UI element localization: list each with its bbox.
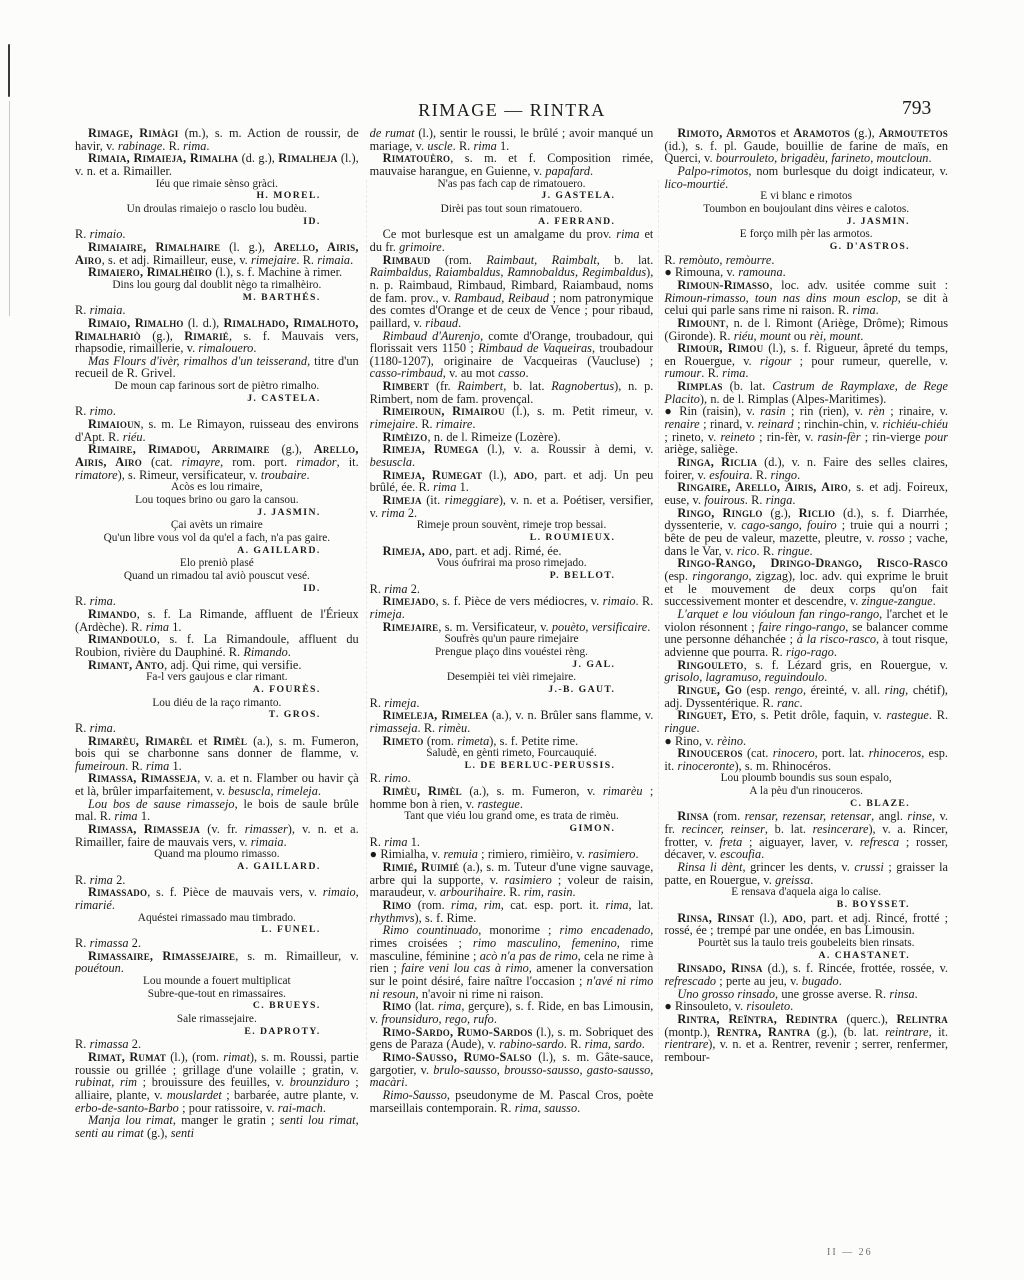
verse-line: Tant que viéu lou grand ome, es trata de…: [370, 810, 654, 823]
verse-line: Pourtèt sus la taulo treis goubeleits bi…: [664, 937, 948, 950]
verse-line: Acòs es lou rimaire,: [75, 481, 359, 494]
entry-paragraph: Rinsado, Rinsa (d.), s. f. Rincée, frott…: [664, 962, 948, 987]
verse-line: Desempièi tei vièi rimejaire.: [370, 671, 654, 684]
entry-paragraph: Rimbaud d'Aurenjo, comte d'Orange, troub…: [370, 330, 654, 381]
paragraph: de rumat (l.), sentir le roussi, le brûl…: [370, 127, 654, 152]
entry-paragraph: Rimassado, s. f. Pièce de mauvais vers, …: [75, 886, 359, 911]
entry-paragraph: Rimant, Anto, adj. Qui rime, qui versifi…: [75, 659, 359, 672]
page-number: 793: [902, 98, 931, 120]
entry-paragraph: Rimaia, Rimaieja, Rimalha (d. g.), Rimal…: [75, 152, 359, 177]
entry-paragraph: Rimo (lat. rima, gerçure), s. f. Ride, e…: [370, 1000, 654, 1025]
entry-paragraph: Rimat, Rumat (l.), (rom. rimat), s. m. R…: [75, 1051, 359, 1114]
entry-paragraph: Rinsa (rom. rensar, rezensar, retensar, …: [664, 810, 948, 861]
entry-paragraph: Rimeja, Rumegat (l.), ado, part. et adj.…: [370, 469, 654, 494]
verse-line: E rensava d'aquela aiga lo calise.: [664, 886, 948, 899]
entry-paragraph: Rimèu, Rimèl (a.), s. m. Fumeron, v. rim…: [370, 785, 654, 810]
entry-paragraph: Rimaio, Rimalho (l. d.), Rimalhado, Rima…: [75, 317, 359, 355]
entry-paragraph: Ringo, Ringlo (g.), Riclio (d.), s. f. D…: [664, 507, 948, 558]
verse-line: Quand ma ploumo rimasso.: [75, 848, 359, 861]
text-column-1: Rimage, Rimàgi (m.), s. m. Action de rou…: [75, 127, 359, 1267]
entry-paragraph: Ringuet, Eto, s. Petit drôle, faquin, v.…: [664, 709, 948, 734]
entry-paragraph: Rinsa li dènt, grincer les dents, v. cru…: [664, 861, 948, 886]
entry-paragraph: Ringaire, Arello, Airis, Airo, s. et adj…: [664, 481, 948, 506]
citation-author: GIMON.: [370, 823, 654, 836]
verse-line: E forço milh pèr las armotos.: [664, 228, 948, 241]
entry-paragraph: Rimoto, Armotos et Aramotos (g.), Armout…: [664, 127, 948, 165]
citation-author: J. CASTELA.: [75, 393, 359, 406]
verse-line: Elo preniò plasé: [75, 557, 359, 570]
verse-line: Dins lou gourg dal doublit nègo ta rimal…: [75, 279, 359, 292]
entry-paragraph: Rimié, Ruimié (a.), s. m. Tuteur d'une v…: [370, 861, 654, 899]
verse-line: Soufrès qu'un paure rimejaire: [370, 633, 654, 646]
citation-author: J. GAL.: [370, 659, 654, 672]
page-header-title: RIMAGE — RINTRA: [0, 100, 1024, 121]
verse-line: Quand un rimadou tal aviò pouscut vesé.: [75, 570, 359, 583]
verse-line: Toumbon en boujoulant dins vèires e calo…: [664, 203, 948, 216]
entry-paragraph: Rimeto (rom. rimeta), s. f. Petite rime.: [370, 735, 654, 748]
verse-line: Lou mounde a fouert multiplicat: [75, 975, 359, 988]
citation-author: J. JASMIN.: [664, 216, 948, 229]
paragraph: ● Rin (raisin), v. rasin ; rin (rien), v…: [664, 405, 948, 456]
citation-author: T. GROS.: [75, 709, 359, 722]
entry-paragraph: Rimbert (fr. Raimbert, b. lat. Ragnobert…: [370, 380, 654, 405]
citation-author: L. DE BERLUC-PERUSSIS.: [370, 760, 654, 773]
verse-line: Lou toques brino ou garo la cansou.: [75, 494, 359, 507]
verse-line: A la pèu d'un rinouceros.: [664, 785, 948, 798]
verse-line: De moun cap farinous sort de piètro rima…: [75, 380, 359, 393]
verse-line: Qu'un libre vous vol da qu'el a fach, n'…: [75, 532, 359, 545]
entry-paragraph: Rimaire, Rimadou, Arrimaire (g.), Arello…: [75, 443, 359, 481]
entry-paragraph: Ringo-Rango, Dringo-Drango, Risco-Rasco …: [664, 557, 948, 608]
entry-paragraph: Rimour, Rimou (l.), s. f. Rigueur, âpret…: [664, 342, 948, 380]
citation-author: H. MOREL.: [75, 190, 359, 203]
verse-line: Fa-l vers gaujous e clar rimant.: [75, 671, 359, 684]
verse-line: Vous óufrirai ma proso rimejado.: [370, 557, 654, 570]
verse-line: Sale rimassejaire.: [75, 1013, 359, 1026]
verse-line: Iéu que rimaie sènso gràci.: [75, 178, 359, 191]
entry-paragraph: Mas Flours d'ivèr, rimalhos d'un teisser…: [75, 355, 359, 380]
verse-line: N'as pas fach cap de rimatouero.: [370, 178, 654, 191]
verse-line: Dirèi pas tout soun rimatouero.: [370, 203, 654, 216]
entry-paragraph: Rimoun-Rimasso, loc. adv. usitée comme s…: [664, 279, 948, 317]
entry-paragraph: Rimeja, ado, part. et adj. Rimé, ée.: [370, 545, 654, 558]
entry-paragraph: Rimplas (b. lat. Castrum de Raymplaxe, d…: [664, 380, 948, 405]
entry-paragraph: Rimaiaire, Rimalhaire (l. g.), Arello, A…: [75, 241, 359, 266]
verse-line: Saludè, en gènti rimeto, Fourcauquié.: [370, 747, 654, 760]
entry-paragraph: Ce mot burlesque est un amalgame du prov…: [370, 228, 654, 253]
entry-paragraph: Rimo-Sardo, Rumo-Sardos (l.), s. m. Sobr…: [370, 1026, 654, 1051]
entry-paragraph: Rimejaire, s. m. Versificateur, v. pouèt…: [370, 621, 654, 634]
text-column-2: de rumat (l.), sentir le roussi, le brûl…: [370, 127, 654, 1267]
citation-author: A. GAILLARD.: [75, 545, 359, 558]
entry-paragraph: L'arquet e lou vióuloun fan ringo-rango,…: [664, 608, 948, 659]
entry-paragraph: Rimbaud (rom. Raimbaut, Raimbalt, b. lat…: [370, 254, 654, 330]
entry-paragraph: Rimarèu, Rimarèl et Rimèl (a.), s. m. Fu…: [75, 735, 359, 773]
citation-author: J. GASTELA.: [370, 190, 654, 203]
verse-line: Rimeje proun souvènt, rimeje trop bessai…: [370, 519, 654, 532]
citation-author: C. BRUEYS.: [75, 1000, 359, 1013]
entry-paragraph: Rimando, s. f. La Rimande, affluent de l…: [75, 608, 359, 633]
entry-paragraph: Rimandoulo, s. f. La Rimandoule, affluen…: [75, 633, 359, 658]
entry-paragraph: Manja lou rimat, manger le gratin ; sent…: [75, 1114, 359, 1139]
entry-paragraph: Rimeiroun, Rimairou (l.), s. m. Petit ri…: [370, 405, 654, 430]
entry-paragraph: Rimage, Rimàgi (m.), s. m. Action de rou…: [75, 127, 359, 152]
verse-line: Prengue plaço dins vouéstei rèng.: [370, 646, 654, 659]
entry-paragraph: Rinsa, Rinsat (l.), ado, part. et adj. R…: [664, 912, 948, 937]
citation-author: J. JASMIN.: [75, 507, 359, 520]
dictionary-page: RIMAGE — RINTRA 793 Rimage, Rimàgi (m.),…: [0, 0, 1024, 1280]
entry-paragraph: Rimo countinuado, monorime ; rimo encade…: [370, 924, 654, 1000]
text-columns: Rimage, Rimàgi (m.), s. m. Action de rou…: [75, 127, 948, 1267]
entry-paragraph: Rimo-Sausso, Rumo-Salso (l.), s. m. Gâte…: [370, 1051, 654, 1089]
scan-artifact-left-dark: [8, 44, 10, 97]
footer-signature: II — 26: [827, 1247, 873, 1258]
entry-paragraph: Rimaiero, Rimalhèiro (l.), s. f. Machine…: [75, 266, 359, 279]
entry-paragraph: Rimassaire, Rimassejaire, s. m. Rimaille…: [75, 950, 359, 975]
entry-paragraph: Palpo-rimotos, nom burlesque du doigt in…: [664, 165, 948, 190]
entry-paragraph: Rimeja (it. rimeggiare), v. n. et a. Poé…: [370, 494, 654, 519]
entry-paragraph: Lou bos de sause rimassejo, le bois de s…: [75, 798, 359, 823]
entry-paragraph: Rimejado, s. f. Pièce de vers médiocres,…: [370, 595, 654, 620]
entry-paragraph: Rimassa, Rimasseja, v. a. et n. Flamber …: [75, 772, 359, 797]
entry-paragraph: Rimount, n. de l. Rimont (Ariège, Drôme)…: [664, 317, 948, 342]
verse-line: E vi blanc e rimotos: [664, 190, 948, 203]
entry-paragraph: Rimaioun, s. m. Le Rimayon, ruisseau des…: [75, 418, 359, 443]
entry-paragraph: Rimeja, Rumega (l.), v. a. Roussir à dem…: [370, 443, 654, 468]
entry-paragraph: Rimo (rom. rima, rim, cat. esp. port. it…: [370, 899, 654, 924]
text-column-3: Rimoto, Armotos et Aramotos (g.), Armout…: [664, 127, 948, 1267]
entry-paragraph: Rimatouèro, s. m. et f. Composition rimé…: [370, 152, 654, 177]
verse-line: Subre-que-tout en rimassaires.: [75, 988, 359, 1001]
entry-paragraph: Ringue, Go (esp. rengo, éreinté, v. all.…: [664, 684, 948, 709]
citation-author: A. FOURÈS.: [75, 684, 359, 697]
verse-line: Çai avèts un rimaire: [75, 519, 359, 532]
entry-paragraph: Rimeleja, Rimelea (a.), v. n. Brûler san…: [370, 709, 654, 734]
verse-line: Lou ploumb boundis sus soun espalo,: [664, 772, 948, 785]
citation-author: ID.: [75, 583, 359, 596]
entry-paragraph: Rimo-Sausso, pseudonyme de M. Pascal Cro…: [370, 1089, 654, 1114]
verse-line: Lou diéu de la raço rimanto.: [75, 697, 359, 710]
scan-artifact-left-faint: [9, 101, 10, 316]
entry-paragraph: Ringouleto, s. f. Lézard gris, en Rouerg…: [664, 659, 948, 684]
verse-line: Un droulas rimaiejo o rasclo lou budèu.: [75, 203, 359, 216]
entry-paragraph: Ringa, Riclia (d.), v. n. Faire des sell…: [664, 456, 948, 481]
citation-author: P. BELLOT.: [370, 570, 654, 583]
entry-paragraph: Rinouceros (cat. rinocero, port. lat. rh…: [664, 747, 948, 772]
entry-paragraph: Rintra, Reïntra, Redintra (querc.), Reli…: [664, 1013, 948, 1064]
citation-author: A. GAILLARD.: [75, 861, 359, 874]
entry-paragraph: Rimassa, Rimasseja (v. fr. rimasser), v.…: [75, 823, 359, 848]
verse-line: Aquéstei rimassado mau timbrado.: [75, 912, 359, 925]
